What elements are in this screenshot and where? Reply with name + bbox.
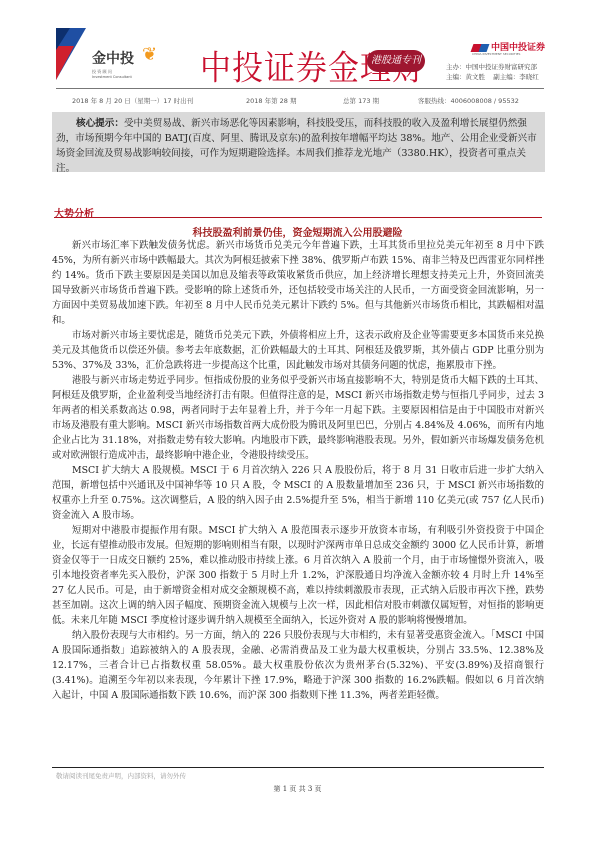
paragraph: 短期对中港股市提振作用有限。MSCI 扩大纳入 A 股范围表示逐步开放资本市场，… xyxy=(52,523,544,628)
summary-text: 受中美贸易战、新兴市场恶化等因素影响，科技股受压，而科技股的收入及盈利增长展望仍… xyxy=(56,118,537,174)
sponsor: 主办：中国中投证券财富研究部 xyxy=(446,62,539,72)
brand-triangle-logo-icon xyxy=(56,28,86,80)
article-title: 科技股盈利前景仍佳，资金短期流入公用股避险 xyxy=(0,224,595,239)
butterfly-logo-icon: ❦ xyxy=(142,44,157,65)
ccs-logo-icon xyxy=(471,44,490,52)
key-summary-box: 核心提示：受中美贸易战、新兴市场恶化等因素影响，科技股受压，而科技股的收入及盈利… xyxy=(52,112,545,172)
special-edition-stamp: 港股通专刊 xyxy=(367,50,425,72)
publisher-logo-en: CHINA INVESTMENT SECURITIES xyxy=(472,52,520,56)
brand-en: Investment Consultant xyxy=(92,75,164,79)
editors: 主编：黄文胜 副主编：李晓红 xyxy=(446,72,539,82)
paragraph: 纳入股份表现与大市相约。另一方面，纳入的 226 只股份表现与大市相约，未有显著… xyxy=(52,628,544,703)
section-divider xyxy=(54,217,542,218)
issue-date: 2018 年 8 月 20 日（星期一）17 时出刊 xyxy=(72,96,193,105)
total-issue: 总第 173 期 xyxy=(343,96,379,105)
header-divider xyxy=(56,88,544,89)
hotline: 客服热线：4006008008 / 95532 xyxy=(418,96,519,105)
paragraph: 港股与新兴市场走势近乎同步。恒指成份股的业务似乎受新兴市场直接影响不大，特别是货… xyxy=(52,373,544,463)
paragraph: MSCI 扩大纳大 A 股规模。MSCI 于 6 月首次纳入 226 只 A 股… xyxy=(52,463,544,523)
disclaimer: 敬请阅读刊尾免责声明，内部资料，请勿外传 xyxy=(56,771,186,780)
summary-label: 核心提示： xyxy=(76,118,124,129)
paragraph: 市场对新兴市场主要忧虑是，随货币兑美元下跌，外债将相应上升，这表示政府及企业等需… xyxy=(52,328,544,373)
sponsor-block: 主办：中国中投证券财富研究部 主编：黄文胜 副主编：李晓红 xyxy=(446,62,539,82)
footer-divider xyxy=(52,767,544,768)
article-body: 新兴市场汇率下跌触发债务忧虑。新兴市场货币兑美元今年普遍下跌，土耳其货币里拉兑美… xyxy=(52,238,544,703)
paragraph: 新兴市场汇率下跌触发债务忧虑。新兴市场货币兑美元今年普遍下跌，土耳其货币里拉兑美… xyxy=(52,238,544,328)
issue-number: 2018 年第 28 期 xyxy=(246,96,297,105)
page-number: 第 1 页 共 3 页 xyxy=(0,784,595,794)
